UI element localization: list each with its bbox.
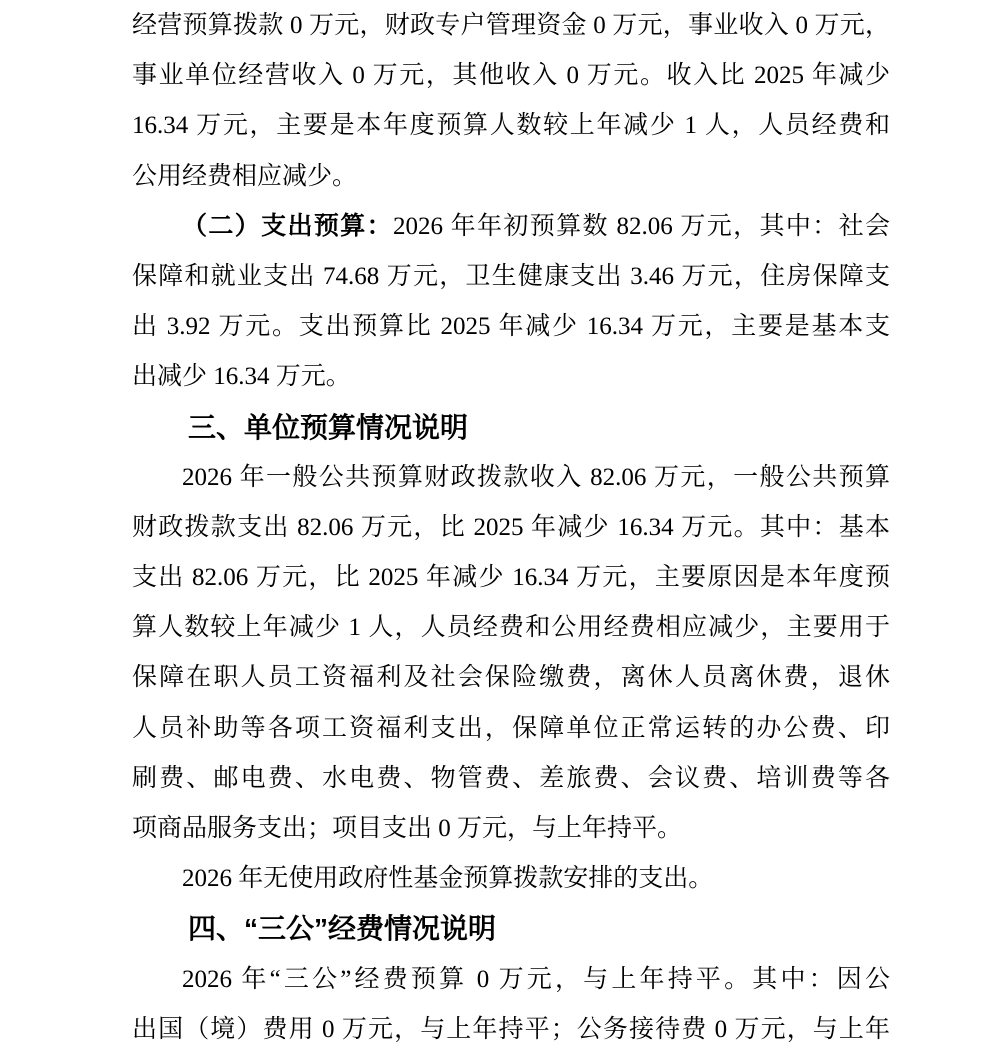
text-segment: 人员补助等各项工资福利支出，保障单位正常运转的办公费、印 [132,715,890,742]
text-segment: 2026 年“三公”经费预算 0 万元，与上年持平。其中：因公 [182,966,890,993]
section-heading: 四、“三公”经费情况说明 [132,904,890,954]
text-line: 刷费、邮电费、水电费、物管费、差旅费、会议费、培训费等各 [132,754,890,804]
text-segment: 项商品服务支出；项目支出 0 万元，与上年持平。 [132,815,682,842]
document-page: 经营预算拨款 0 万元，财政专户管理资金 0 万元，事业收入 0 万元，事业单位… [0,0,1000,1053]
text-segment: 支出 82.06 万元，比 2025 年减少 16.34 万元，主要原因是本年度… [132,564,890,591]
text-line: 出 3.92 万元。支出预算比 2025 年减少 16.34 万元，主要是基本支 [132,302,890,352]
text-line: 保障在职人员工资福利及社会保险缴费，离休人员离休费，退休 [132,653,890,703]
text-line: 支出 82.06 万元，比 2025 年减少 16.34 万元，主要原因是本年度… [132,553,890,603]
text-line: 事业单位经营收入 0 万元，其他收入 0 万元。收入比 2025 年减少 [132,51,890,101]
text-line: 公用经费相应减少。 [132,152,890,202]
text-segment: 2026 年无使用政府性基金预算拨款安排的支出。 [182,865,713,892]
text-line: 项商品服务支出；项目支出 0 万元，与上年持平。 [132,804,890,854]
text-segment: 保障和就业支出 74.68 万元，卫生健康支出 3.46 万元，住房保障支 [132,263,890,290]
text-segment: 事业单位经营收入 0 万元，其他收入 0 万元。收入比 2025 年减少 [132,62,890,89]
text-segment: 刷费、邮电费、水电费、物管费、差旅费、会议费、培训费等各 [132,765,890,792]
text-segment: 经营预算拨款 0 万元，财政专户管理资金 0 万元，事业收入 0 万元， [132,12,890,39]
text-line: 2026 年一般公共预算财政拨款收入 82.06 万元，一般公共预算 [132,453,890,503]
text-segment: 四、“三公”经费情况说明 [188,913,496,944]
text-line: （二）支出预算：2026 年年初预算数 82.06 万元，其中：社会 [132,202,890,252]
text-segment: 出 3.92 万元。支出预算比 2025 年减少 16.34 万元，主要是基本支 [132,313,890,340]
text-segment: 公用经费相应减少。 [132,163,357,190]
text-line: 经营预算拨款 0 万元，财政专户管理资金 0 万元，事业收入 0 万元， [132,1,890,51]
text-segment: 财政拨款支出 82.06 万元，比 2025 年减少 16.34 万元。其中：基… [132,514,890,541]
text-segment: 三、单位预算情况说明 [188,412,468,443]
text-line: 算人数较上年减少 1 人，人员经费和公用经费相应减少，主要用于 [132,603,890,653]
text-line: 人员补助等各项工资福利支出，保障单位正常运转的办公费、印 [132,704,890,754]
text-line: 保障和就业支出 74.68 万元，卫生健康支出 3.46 万元，住房保障支 [132,252,890,302]
text-line: 出国（境）费用 0 万元，与上年持平；公务接待费 0 万元，与上年 [132,1005,890,1053]
text-segment: 出国（境）费用 0 万元，与上年持平；公务接待费 0 万元，与上年 [132,1016,890,1043]
document-body: 经营预算拨款 0 万元，财政专户管理资金 0 万元，事业收入 0 万元，事业单位… [132,1,890,1053]
emphasized-text-segment: （二）支出预算： [182,213,393,240]
text-line: 2026 年“三公”经费预算 0 万元，与上年持平。其中：因公 [132,955,890,1005]
text-segment: 16.34 万元，主要是本年度预算人数较上年减少 1 人，人员经费和 [132,112,890,139]
text-segment: 2026 年年初预算数 82.06 万元，其中：社会 [393,213,890,240]
text-line: 16.34 万元，主要是本年度预算人数较上年减少 1 人，人员经费和 [132,101,890,151]
text-segment: 出减少 16.34 万元。 [132,363,351,390]
text-segment: 保障在职人员工资福利及社会保险缴费，离休人员离休费，退休 [132,664,890,691]
text-segment: 算人数较上年减少 1 人，人员经费和公用经费相应减少，主要用于 [132,614,890,641]
text-segment: 2026 年一般公共预算财政拨款收入 82.06 万元，一般公共预算 [182,464,890,491]
section-heading: 三、单位预算情况说明 [132,403,890,453]
text-line: 出减少 16.34 万元。 [132,352,890,402]
text-line: 2026 年无使用政府性基金预算拨款安排的支出。 [132,854,890,904]
text-line: 财政拨款支出 82.06 万元，比 2025 年减少 16.34 万元。其中：基… [132,503,890,553]
